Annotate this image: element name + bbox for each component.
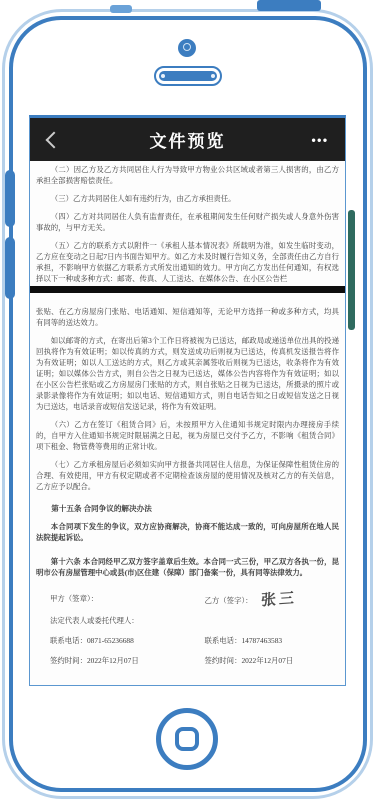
signature-row: 联系电话：0871-65236688 联系电话：14787463583 [50,635,339,646]
volume-up-button [5,170,15,227]
speaker-grille [159,71,217,81]
earpiece-speaker-icon [154,66,222,86]
contract-paragraph: （六）乙方在签订《租赁合同》后，未按照甲方入住通知书规定时限内办理接房手续的，自… [36,419,339,452]
party-a-date: 签约时间：2022年12月07日 [50,655,195,666]
legal-rep-label: 法定代表人或委托代理人： [50,615,195,626]
front-camera-icon [178,39,196,57]
signature-block: 甲方（签章）： 乙方（签字）：张三 法定代表人或委托代理人： 联系电话：0871… [36,593,339,666]
contract-paragraph: 如以邮寄的方式，在寄出后第3个工作日将被视为已送达，邮政局或递送单位出具的投递回… [36,335,339,412]
contract-paragraph: （三）乙方共同居住人如有违约行为，由乙方承担责任。 [36,193,339,204]
volume-down-button [5,237,15,299]
document-page-1: （二）因乙方及乙方共同居住人行为导致甲方物业公共区域或者第三人损害的，由乙方承担… [30,161,345,286]
contract-paragraph: 本合同项下发生的争议，双方应协商解决，协商不能达成一致的，可向房屋所在地人民法院… [36,521,339,543]
document-preview[interactable]: （二）因乙方及乙方共同居住人行为导致甲方物业公共区域或者第三人损害的，由乙方承担… [30,161,345,686]
back-button[interactable] [36,118,72,161]
party-b-sign-area: 乙方（签字）：张三 [195,593,340,606]
contract-paragraph: （四）乙方对共同居住人负有监督责任，在承租期间发生任何财产损失或人身意外伤害事故… [36,211,339,233]
top-antenna-tab [110,5,132,13]
party-b-phone: 联系电话：14787463583 [195,635,340,646]
more-options-button[interactable]: ••• [303,118,337,161]
contract-paragraph: （五）乙方的联系方式以附件一《承租人基本情况表》所载明为准，如发生临时变动，乙方… [36,240,339,284]
contract-paragraph: 第十六条 本合同经甲乙双方签字盖章后生效。本合同一式三份，甲乙双方各执一份，昆明… [36,556,339,578]
signature-row: 法定代表人或委托代理人： [50,615,339,626]
contract-paragraph: 张贴、在乙方房屋房门张贴、电话通知、短信通知等，无论甲方选择一种或多种方式，均具… [36,306,339,328]
top-power-button [257,0,321,11]
side-power-button [348,210,355,330]
party-b-date: 签约时间：2022年12月07日 [195,655,340,666]
chevron-left-icon [46,131,63,148]
contract-paragraph: （七）乙方承租房屋后必须如实向甲方报备共同居住人信息，为保证保障性租赁住房的合理… [36,459,339,492]
article-15-heading: 第十五条 合同争议的解决办法 [36,503,339,514]
home-button-icon [175,727,199,751]
signature-row: 甲方（签章）： 乙方（签字）：张三 [50,593,339,606]
contract-paragraph: （二）因乙方及乙方共同居住人行为导致甲方物业公共区域或者第三人损害的，由乙方承担… [36,164,339,186]
page-title: 文件预览 [30,127,345,152]
page-separator [30,286,345,293]
signature-row: 签约时间：2022年12月07日 签约时间：2022年12月07日 [50,655,339,666]
home-button[interactable] [156,708,218,770]
party-a-phone: 联系电话：0871-65236688 [50,635,195,646]
party-b-sign-label: 乙方（签字）： [205,596,253,605]
header-bar: 文件预览 ••• [30,118,345,161]
phone-screen: 文件预览 ••• （二）因乙方及乙方共同居住人行为导致甲方物业公共区域或者第三人… [29,115,346,686]
party-a-sign-label: 甲方（签章）： [50,593,195,606]
document-page-2: 张贴、在乙方房屋房门张贴、电话通知、短信通知等，无论甲方选择一种或多种方式，均具… [30,293,345,686]
party-b-handwritten-signature: 张三 [260,593,296,607]
